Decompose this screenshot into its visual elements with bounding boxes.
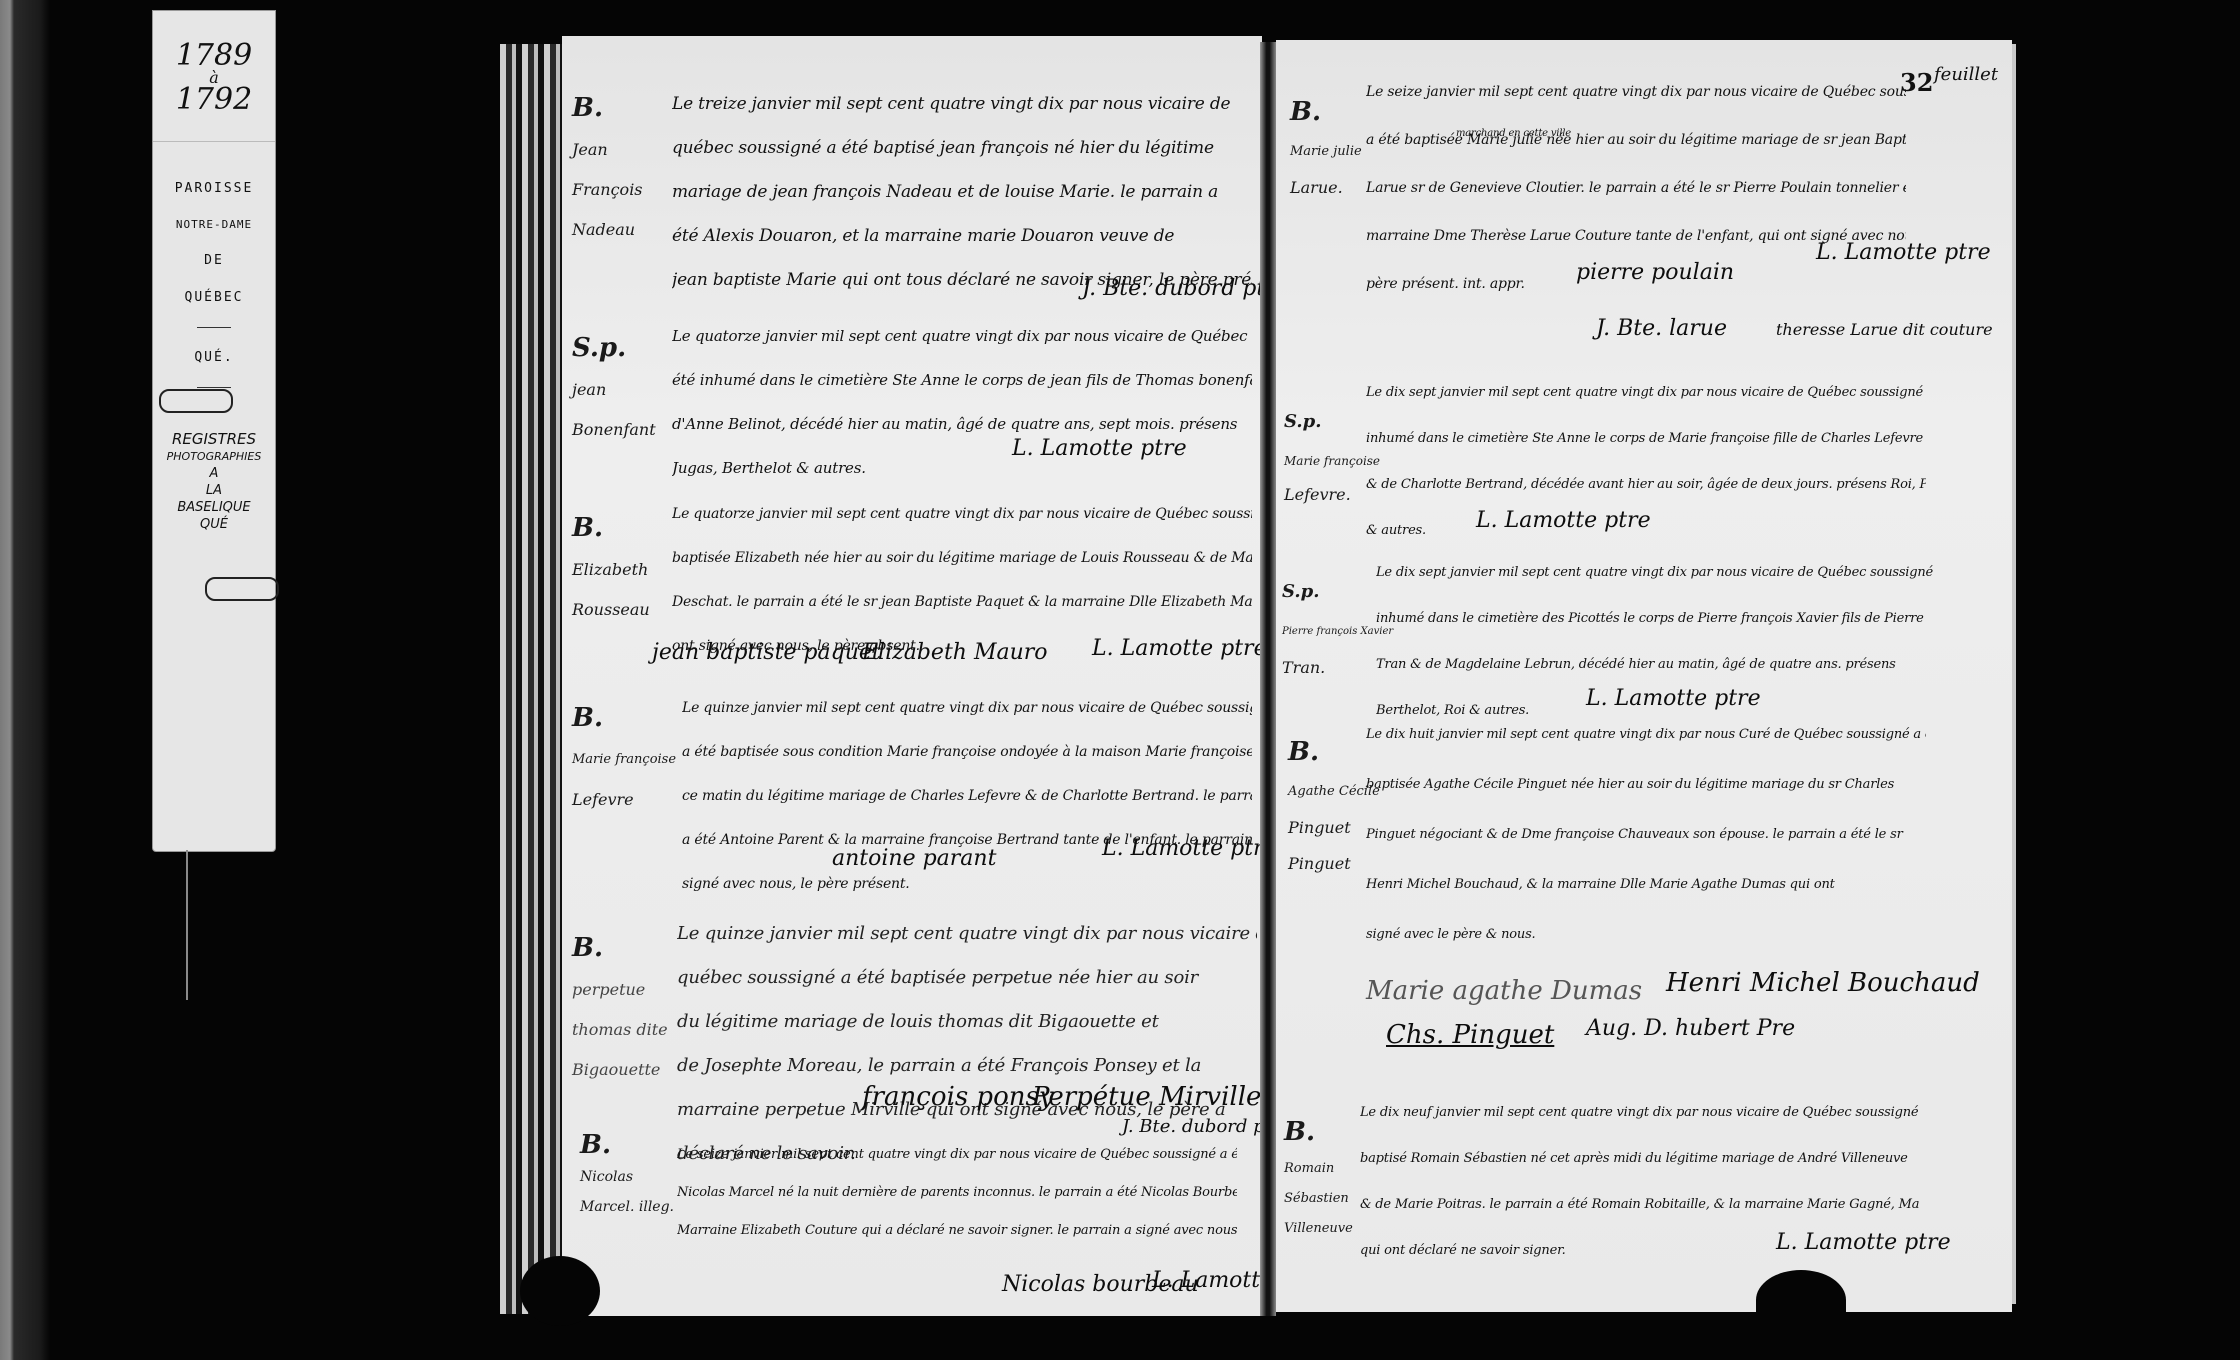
margin-name-line: thomas dite [572, 1010, 682, 1050]
left-page: B. Jean François Nadeau Le treize janvie… [562, 36, 1262, 1316]
margin-name-line: jean [572, 370, 682, 410]
text-line: du légitime mariage de louis thomas dit … [677, 1000, 1257, 1044]
scanner-edge-strip [0, 0, 50, 1360]
text-line: été inhumé dans le cimetière Ste Anne le… [672, 358, 1252, 402]
note-line: PHOTOGRAPHIES [153, 448, 275, 465]
note-line: REGISTRES [153, 431, 275, 448]
text-line: Marraine Elizabeth Couture qui a déclaré… [677, 1212, 1237, 1250]
text-line: Le dix neuf janvier mil sept cent quatre… [1360, 1090, 1920, 1136]
book-cover-left-edge [500, 44, 562, 1314]
margin-note: B. Marie françoise Lefevre [572, 696, 682, 820]
signature: L. Lamotte ptre [1586, 686, 1761, 711]
text-line: signé avec le père & nous. [1366, 910, 1926, 960]
stamp-rule [197, 387, 231, 388]
signature: françois ponsy [862, 1082, 1054, 1112]
year-start: 1789 [153, 41, 275, 71]
signature: L. Lamotte ptre [1476, 508, 1651, 533]
stamp-line: QUÉBEC [153, 290, 275, 305]
entry-type-mark: B. [572, 926, 682, 970]
entry-text: Le treize janvier mil sept cent quatre v… [672, 82, 1252, 302]
margin-name-line: François [572, 170, 682, 210]
text-line: Le quinze janvier mil sept cent quatre v… [682, 686, 1252, 730]
folio-label: feuillet [1934, 64, 1998, 85]
signature: Chs. Pinguet [1386, 1020, 1554, 1050]
note-line: A [153, 465, 275, 482]
margin-name-line: Bigaouette [572, 1050, 682, 1090]
margin-name-line: perpetue [572, 970, 682, 1010]
stamp-line: DE [153, 253, 275, 268]
note-line: QUÉ [153, 516, 275, 533]
text-line: Deschat. le parrain a été le sr jean Bap… [672, 580, 1252, 624]
signature: L. Lamotte ptre [1092, 636, 1262, 661]
text-line: Pinguet négociant & de Dme françoise Cha… [1366, 810, 1926, 860]
right-page: 32 feuillet B. Marie julie Larue. Le sei… [1276, 40, 2012, 1312]
margin-note: B. Jean François Nadeau [572, 86, 682, 250]
margin-name-line: Nadeau [572, 210, 682, 250]
margin-name-line: Nicolas [580, 1162, 690, 1192]
entry-type-mark: B. [572, 506, 682, 550]
text-line: inhumé dans le cimetière des Picottés le… [1376, 596, 1936, 642]
text-line: Le quatorze janvier mil sept cent quatre… [672, 314, 1252, 358]
paperclip-icon [159, 389, 233, 413]
text-line: Le seize janvier mil sept cent quatre vi… [1366, 68, 1906, 116]
year-end: 1792 [153, 85, 275, 115]
margin-note: B. Elizabeth Rousseau [572, 506, 682, 630]
signature: J. Bte. dubord ptre. [1122, 1116, 1262, 1137]
margin-name-line: Lefevre [572, 780, 682, 820]
open-register-book: B. Jean François Nadeau Le treize janvie… [500, 36, 2030, 1326]
note-line: LA [153, 482, 275, 499]
signature: L. Lamotte ptre [1012, 436, 1187, 461]
spine-label: 1789 à 1792 PAROISSE NOTRE-DAME DE QUÉBE… [152, 10, 276, 852]
text-line: a été baptisée sous condition Marie fran… [682, 730, 1252, 774]
margin-note: B. perpetue thomas dite Bigaouette [572, 926, 682, 1090]
signature: Marie agathe Dumas [1366, 976, 1642, 1006]
entry-type-mark: S.p. [572, 326, 682, 370]
text-line: inhumé dans le cimetière Ste Anne le cor… [1366, 416, 1926, 462]
signature: L. Lamotte ptre [1152, 1268, 1262, 1293]
text-line: Le seize janvier mil sept cent quatre vi… [677, 1136, 1237, 1174]
label-handwritten-note: REGISTRES PHOTOGRAPHIES A LA BASELIQUE Q… [153, 431, 275, 533]
entry-type-mark: B. [580, 1128, 690, 1162]
signature: L. Lamotte ptre [1776, 1230, 1951, 1255]
stamp-line: PAROISSE [153, 181, 275, 196]
label-thread [186, 850, 188, 1000]
entry-text: Le quinze janvier mil sept cent quatre v… [682, 686, 1252, 906]
signature: J. Bte. dubord ptre. [1082, 276, 1262, 301]
text-line: Le quatorze janvier mil sept cent quatre… [672, 492, 1252, 536]
signature: theresse Larue dit couture [1776, 320, 1993, 339]
entry-type-mark: B. [572, 696, 682, 740]
interlinear-insertion: marchand en cette ville [1456, 128, 1571, 140]
stamp-line: QUÉ. [153, 350, 275, 365]
text-line: & de Marie Poitras. le parrain a été Rom… [1360, 1182, 1920, 1228]
text-line: Henri Michel Bouchaud, & la marraine Dll… [1366, 860, 1926, 910]
text-line: québec soussigné a été baptisé jean fran… [672, 126, 1252, 170]
text-line: baptisée Agathe Cécile Pinguet née hier … [1366, 760, 1926, 810]
note-line: BASELIQUE [153, 499, 275, 516]
signature: pierre poulain [1576, 260, 1734, 285]
signature: Henri Michel Bouchaud [1666, 968, 1980, 998]
margin-note: S.p. jean Bonenfant [572, 326, 682, 450]
text-line: Le dix sept janvier mil sept cent quatre… [1366, 370, 1926, 416]
margin-name-line: Rousseau [572, 590, 682, 630]
signature: J. Bte. larue [1596, 316, 1727, 341]
stamp-rule [197, 327, 231, 328]
paperclip-icon [205, 577, 279, 601]
entry-text: Le quatorze janvier mil sept cent quatre… [672, 314, 1252, 490]
label-years: 1789 à 1792 [153, 11, 275, 142]
text-line: été Alexis Douaron, et la marraine marie… [672, 214, 1252, 258]
entry-type-mark: B. [572, 86, 682, 130]
signature: L. Lamotte ptre [1102, 836, 1262, 861]
entry-text: Le seize janvier mil sept cent quatre vi… [677, 1136, 1237, 1250]
signature: jean baptiste paquet [652, 640, 881, 665]
text-line: Larue sr de Genevieve Cloutier. le parra… [1366, 164, 1906, 212]
signature: Elizabeth Mauro [862, 640, 1048, 665]
margin-name-line: Marcel. illeg. [580, 1192, 690, 1222]
text-line: québec soussigné a été baptisée perpetue… [677, 956, 1257, 1000]
margin-name-line: Elizabeth [572, 550, 682, 590]
margin-name-line: Jean [572, 130, 682, 170]
book-gutter [1260, 42, 1276, 1316]
margin-note: B. Nicolas Marcel. illeg. [580, 1128, 690, 1222]
text-line: Le dix sept janvier mil sept cent quatre… [1376, 550, 1936, 596]
finger-shadow [1756, 1270, 1846, 1312]
text-line: a été baptisée Marie julie née hier au s… [1366, 116, 1906, 164]
signature: Perpétue Mirville [1032, 1082, 1261, 1112]
text-line: Le quinze janvier mil sept cent quatre v… [677, 912, 1257, 956]
text-line: Le treize janvier mil sept cent quatre v… [672, 82, 1252, 126]
signature: Aug. D. hubert Pre [1586, 1016, 1795, 1041]
text-line: & de Charlotte Bertrand, décédée avant h… [1366, 462, 1926, 508]
entry-text: Le dix huit janvier mil sept cent quatre… [1366, 710, 1926, 960]
signature: antoine parant [832, 846, 996, 871]
finger-shadow [520, 1256, 600, 1326]
stamp-line: NOTRE-DAME [153, 218, 275, 231]
signature: L. Lamotte ptre [1816, 240, 1991, 265]
margin-name-line: Marie françoise [572, 740, 682, 780]
text-line: Nicolas Marcel né la nuit dernière de pa… [677, 1174, 1237, 1212]
text-line: Tran & de Magdelaine Lebrun, décédé hier… [1376, 642, 1936, 688]
margin-name-line: Bonenfant [572, 410, 682, 450]
text-line: baptisée Elizabeth née hier au soir du l… [672, 536, 1252, 580]
label-stamp: PAROISSE NOTRE-DAME DE QUÉBEC QUÉ. [153, 181, 275, 410]
text-line: baptisé Romain Sébastien né cet après mi… [1360, 1136, 1920, 1182]
text-line: Le dix huit janvier mil sept cent quatre… [1366, 710, 1926, 760]
text-line: mariage de jean françois Nadeau et de lo… [672, 170, 1252, 214]
text-line: ce matin du légitime mariage de Charles … [682, 774, 1252, 818]
